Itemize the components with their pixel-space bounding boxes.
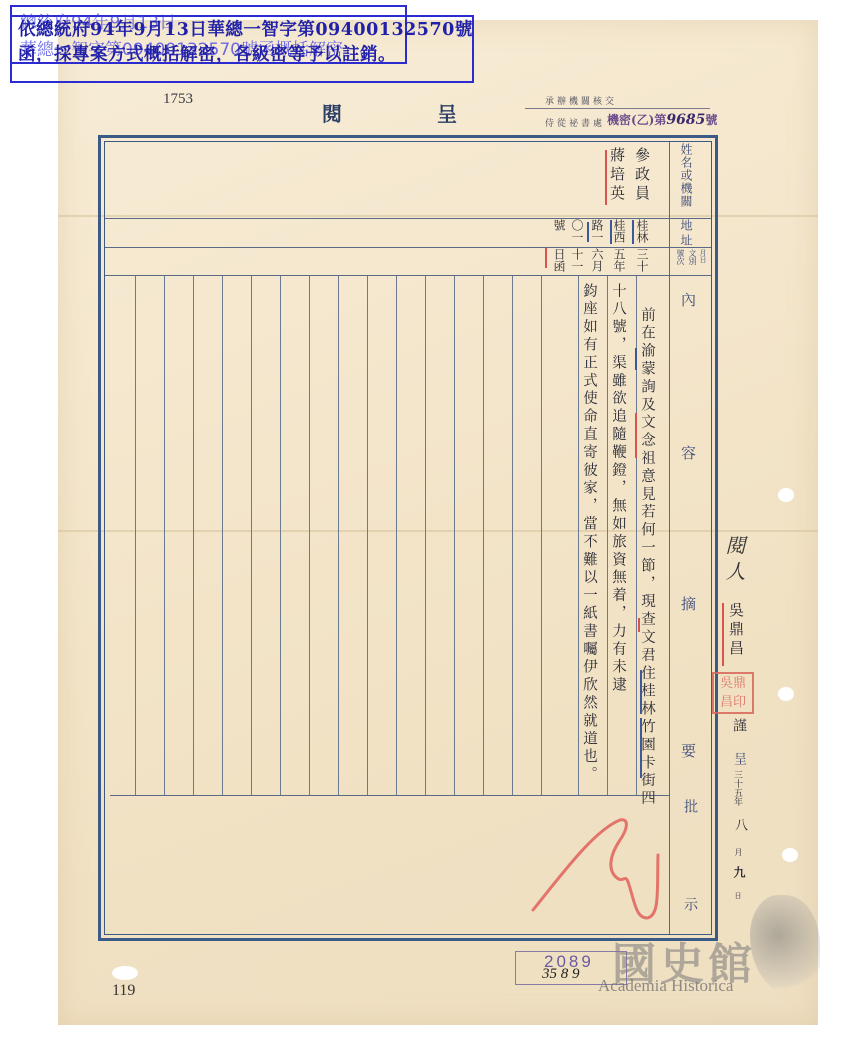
ruled-column	[425, 276, 426, 795]
office-secretariat: 侍從祕書處	[545, 116, 605, 129]
address-col-1: 桂林	[635, 219, 649, 243]
label-summary-1: 摘	[678, 596, 699, 613]
content-mark-blue	[635, 348, 637, 370]
label-content-1: 內	[678, 292, 699, 309]
ruled-column	[164, 276, 165, 795]
date-col-3: 六月	[590, 248, 603, 272]
submit-day-label: 日	[733, 892, 743, 901]
label-content-2: 容	[678, 445, 699, 462]
content-column-3: 鈞座如有正式使命直寄彼家，當不難以一紙書囑伊欣然就道也。	[580, 283, 598, 784]
ruled-column	[512, 276, 513, 795]
serial-number: 1753	[163, 91, 193, 108]
ruled-column	[251, 276, 252, 795]
submit-year: 三十五年	[732, 770, 742, 806]
document-number-stamp: 機密(乙)第9685號	[607, 111, 717, 128]
reviewer-annotation: 閱人	[722, 535, 746, 587]
date-col-2: 五年	[612, 248, 625, 272]
content-mark-red	[635, 413, 637, 458]
seal-text: 吳鼎昌印	[720, 676, 746, 710]
label-document-type: 文別	[688, 249, 697, 265]
ruled-column	[135, 276, 136, 795]
punch-hole	[778, 687, 794, 701]
title-char-yue: 閱	[322, 98, 342, 127]
ruled-column	[578, 276, 579, 795]
label-address: 地址	[679, 219, 693, 249]
ruled-column	[222, 276, 223, 795]
address-col-5: 號	[552, 219, 566, 231]
submitter-seal: 吳鼎昌印	[712, 672, 754, 714]
submit-month-num: 八	[730, 818, 749, 833]
watermark-text: Academia Historica	[598, 976, 733, 996]
ruled-column	[454, 276, 455, 795]
ruled-column	[309, 276, 310, 795]
ruled-column	[541, 276, 542, 795]
ruled-column	[396, 276, 397, 795]
content-mark-red	[638, 618, 640, 632]
punch-hole	[778, 488, 794, 502]
row-divider-summary	[110, 795, 670, 796]
ruled-column	[193, 276, 194, 795]
ruled-column	[280, 276, 281, 795]
document-number-prefix: 機密(乙)第	[607, 113, 666, 127]
address-col-2: 桂西	[612, 219, 626, 243]
row-divider-date	[105, 275, 711, 276]
label-summary-2: 要	[678, 743, 699, 760]
closing-respectfully: 謹	[729, 718, 749, 734]
address-mark-blue	[632, 220, 634, 244]
address-col-4: 〇一	[570, 219, 584, 243]
label-instruction-1: 批	[680, 799, 700, 815]
declassification-stamp-text: 依總統府94年9月13日華總一智字第09400132570號函，採專案方式概括解…	[18, 18, 473, 68]
content-mark-blue	[640, 718, 642, 778]
content-column-2: 十八號，渠雖欲追隨鞭鐙，無如旅資無着，力有未逮	[609, 283, 627, 695]
submit-month-label: 月	[733, 848, 744, 858]
punch-hole	[782, 848, 798, 862]
submitter-name-mark	[722, 603, 724, 666]
address-col-3: 路一	[590, 219, 604, 243]
document-number-suffix: 號	[705, 113, 717, 127]
date-prefix-submit: 呈	[729, 752, 748, 767]
ruled-column	[607, 276, 608, 795]
received-date: 35 8 9	[542, 966, 580, 983]
title-char-cheng: 呈	[437, 98, 457, 127]
label-name-or-agency: 姓名或機關	[679, 143, 693, 208]
punch-hole	[112, 966, 138, 980]
ruled-column	[338, 276, 339, 795]
address-mark-blue	[587, 222, 589, 242]
office-divider	[525, 108, 710, 109]
label-month-day: 月日	[699, 249, 707, 263]
date-col-4: 十一	[570, 248, 583, 272]
ruled-column	[483, 276, 484, 795]
red-approval-scribble	[525, 800, 665, 930]
submitter-name: 吳鼎昌	[727, 602, 745, 659]
name-underline-red	[605, 150, 607, 205]
ruled-column	[367, 276, 368, 795]
sender-title: 參政員	[633, 147, 651, 204]
date-col-5: 日函	[552, 248, 565, 272]
date-mark-red	[545, 248, 547, 268]
label-number: 號次	[676, 249, 685, 265]
document-number-handwritten: 9685	[666, 112, 705, 128]
sender-name: 蔣培英	[608, 147, 626, 204]
page-number: 119	[112, 982, 135, 1000]
date-col-1: 三十	[635, 248, 648, 272]
content-mark-blue	[640, 670, 642, 714]
submit-day-num: 九	[731, 866, 748, 880]
address-mark-blue	[610, 220, 612, 244]
office-undertaking: 承辦機關核交	[545, 94, 617, 107]
label-instruction-2: 示	[680, 897, 700, 913]
label-column-divider	[669, 142, 670, 934]
